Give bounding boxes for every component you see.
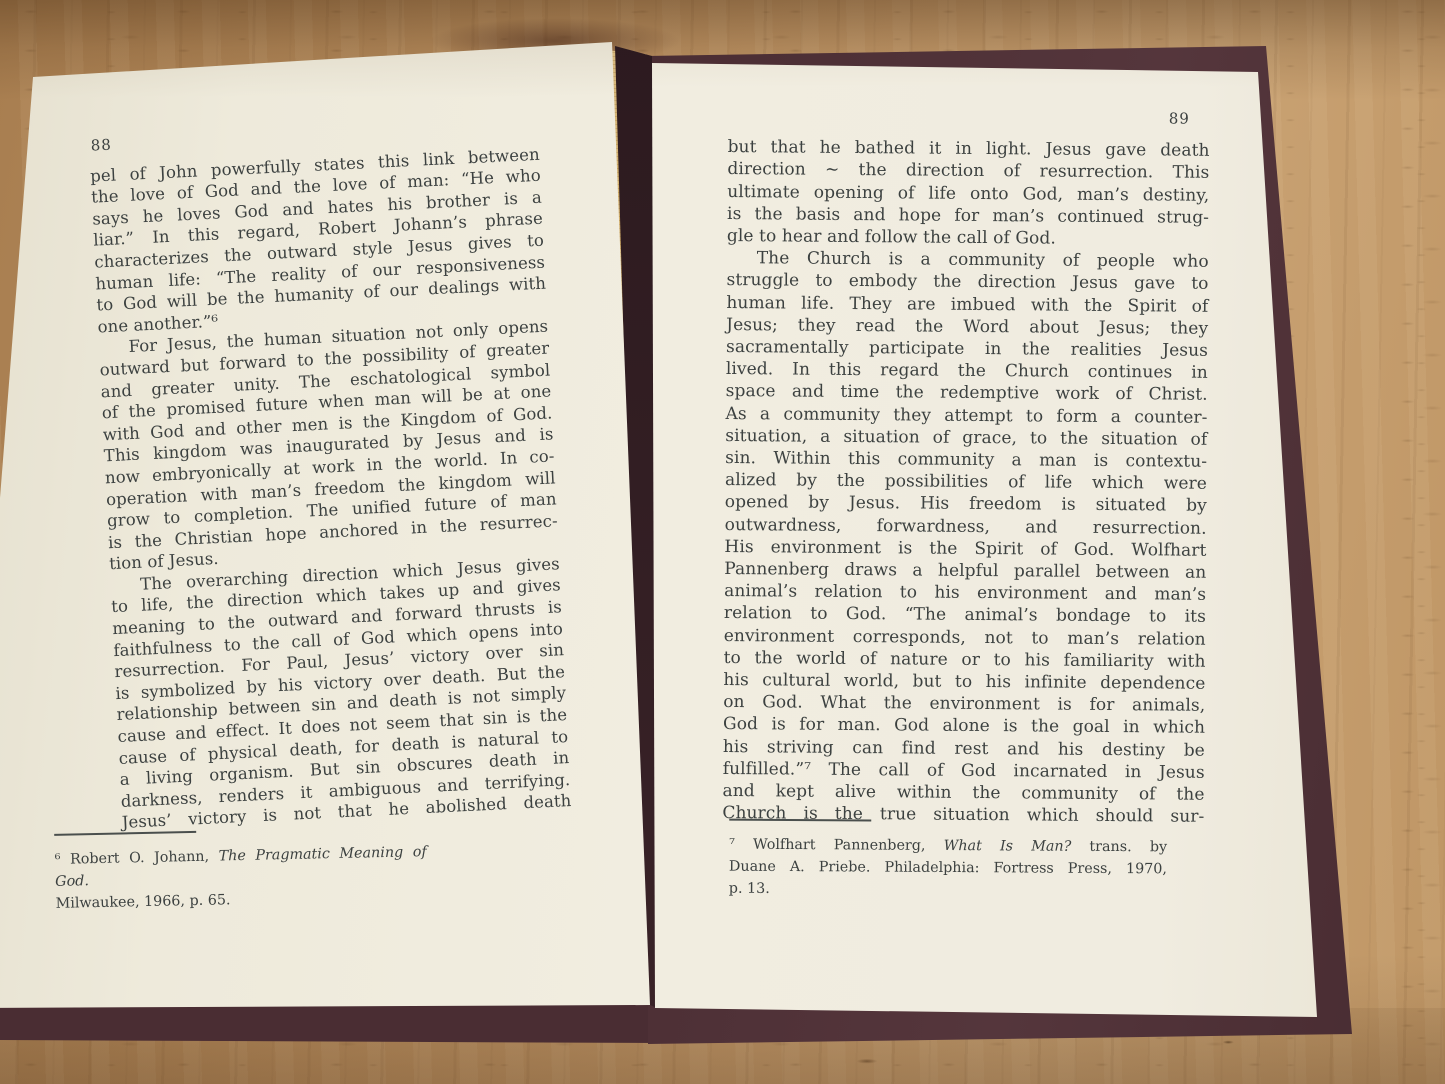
right-footnote: ⁷ Wolfhart Pannenberg, What Is Man? tran… (729, 819, 1167, 903)
text-line: struggle to embody the direction Jesus g… (726, 269, 1208, 295)
right-page-content: 89 but that he bathed it in light. Jesus… (722, 98, 1210, 828)
text-line: space and time the redemptive work of Ch… (726, 380, 1208, 406)
left-text-block: pel of John powerfully states this link … (90, 143, 572, 834)
paragraph: but that he bathed it in light. Jesus ga… (727, 136, 1210, 251)
right-text-block: but that he bathed it in light. Jesus ga… (722, 136, 1209, 828)
footnote-rule (729, 819, 871, 822)
paragraph: pel of John powerfully states this link … (90, 143, 548, 338)
paragraph: The Church is a community of people whos… (722, 247, 1209, 828)
footnote-text: ⁶ Robert O. Johann, (55, 848, 219, 867)
left-footnote: ⁶ Robert O. Johann, The Pragmatic Meanin… (54, 826, 428, 915)
text-line: relation to God. “The animal’s bondage t… (724, 602, 1206, 628)
paragraph: The overarching direction which Jesus gi… (110, 553, 572, 834)
footnote-line: p. 13. (729, 878, 1167, 903)
left-page-content: 88 pel of John powerfully states this li… (88, 100, 572, 834)
page-number-right: 89 (728, 104, 1190, 130)
footnote-text: ⁷ Wolfhart Pannenberg, (729, 837, 944, 854)
footnote-text: trans. by (1071, 839, 1167, 856)
text-line: direction ~ the direction of resurrectio… (727, 158, 1209, 184)
footnote-line: ⁶ Robert O. Johann, The Pragmatic Meanin… (55, 841, 428, 893)
text-line: opened by Jesus. His freedom is situated… (725, 491, 1207, 517)
footnote-line: Duane A. Priebe. Philadelphia: Fortress … (729, 856, 1167, 881)
paragraph: For Jesus, the human situation not only … (98, 316, 559, 575)
footnote-line: ⁷ Wolfhart Pannenberg, What Is Man? tran… (729, 834, 1167, 859)
footnote-title: What Is Man? (944, 838, 1072, 855)
photo-of-open-book: 88 pel of John powerfully states this li… (0, 0, 1445, 1084)
footnote-rule (54, 831, 196, 836)
